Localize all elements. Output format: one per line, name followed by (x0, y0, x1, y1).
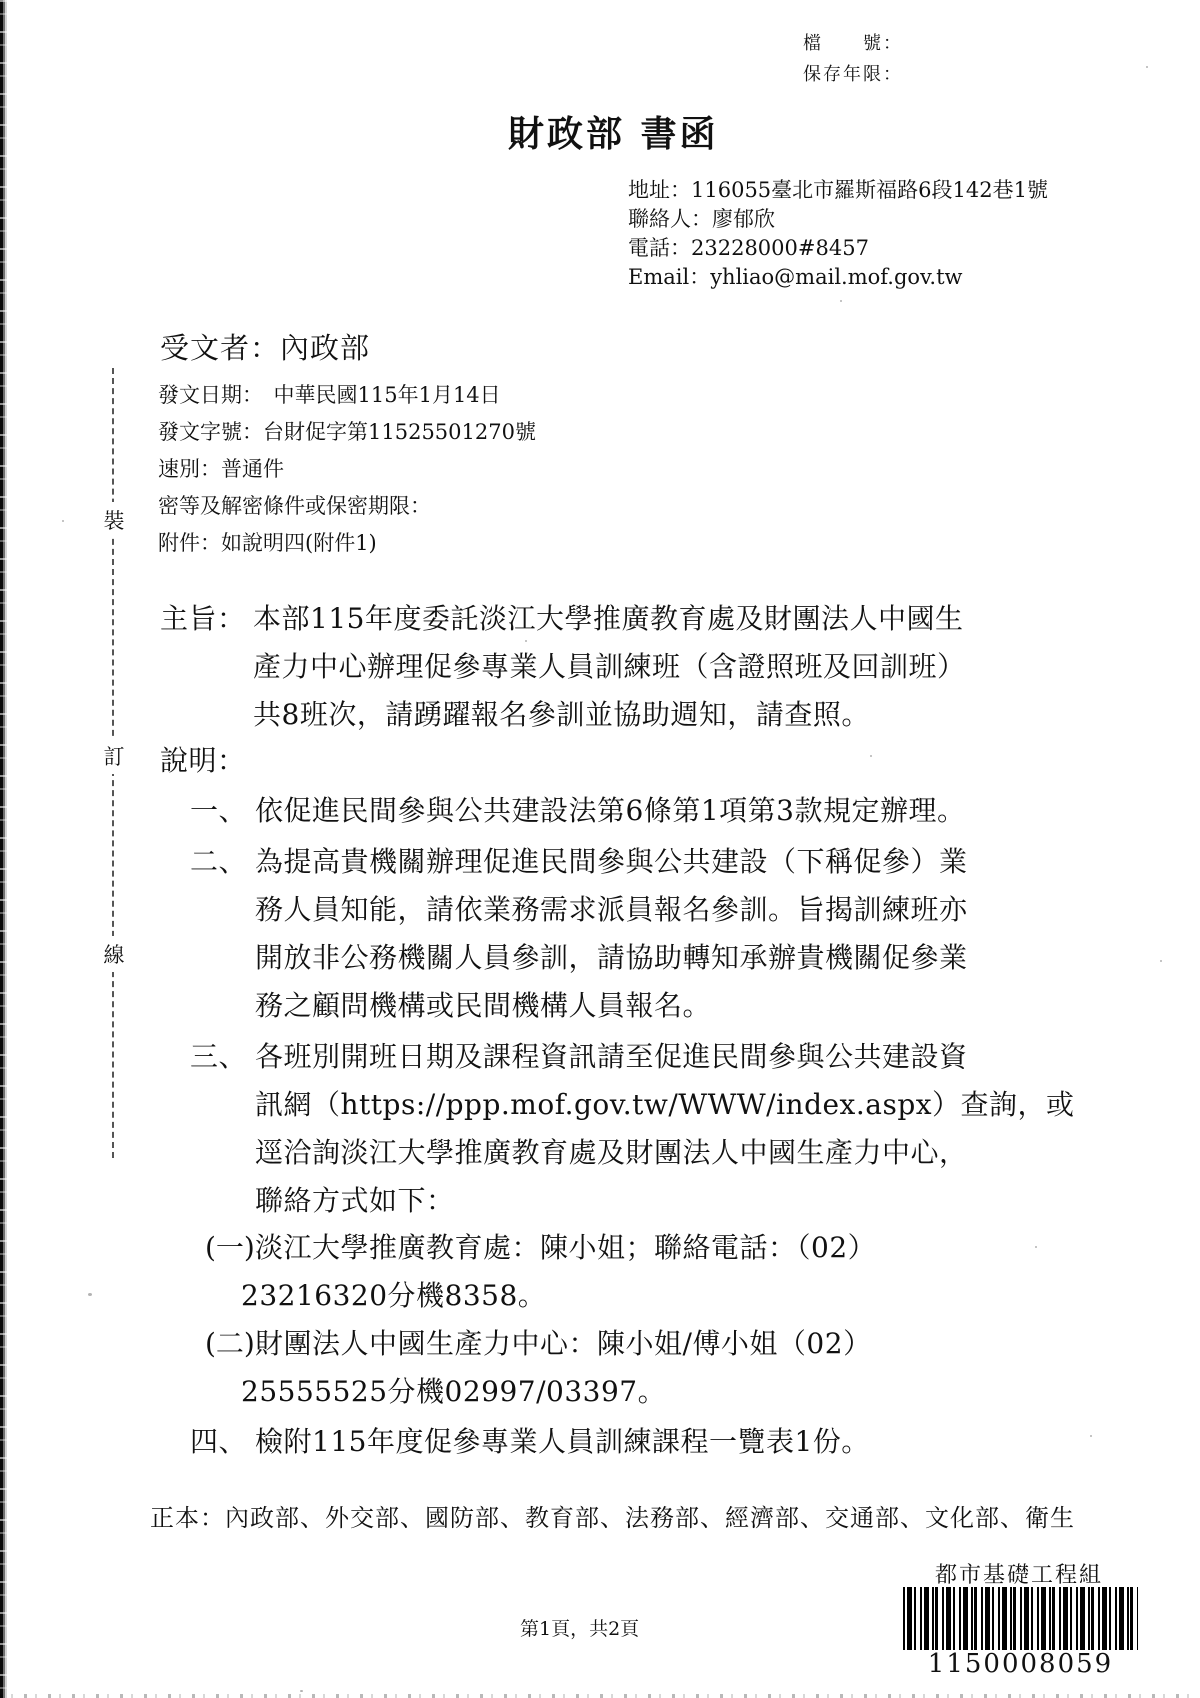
subject-text: 本部115年度委託淡江大學推廣教育處及財團法人中國生 (253, 602, 963, 635)
scan-edge-artifact-bottom (0, 1694, 1200, 1698)
document-meta-block: 發文日期： 中華民國115年1月14日 發文字號：台財促字第1152550127… (158, 377, 536, 562)
file-number-block: 檔 號： 保存年限： (803, 28, 903, 90)
copy-recipients-line: 正本：內政部、外交部、國防部、教育部、法務部、經濟部、交通部、文化部、衛生 (150, 1498, 1150, 1533)
item-line: 二、為提高貴機關辦理促進民間參與公共建設（下稱促參）業 (190, 838, 1090, 886)
item-number: (二) (205, 1320, 255, 1368)
item-line: 四、檢附115年度促參專業人員訓練課程一覽表1份。 (190, 1418, 1090, 1466)
barcode (903, 1587, 1138, 1650)
issue-date: 發文日期： 中華民國115年1月14日 (158, 377, 536, 414)
subject-label: 主旨： (160, 595, 253, 643)
subject-line: 主旨：本部115年度委託淡江大學推廣教育處及財團法人中國生 (160, 595, 1060, 643)
explanation-heading: 說明： (160, 737, 1060, 785)
priority-level: 速別：普通件 (158, 451, 536, 488)
explanation-subitem-2: (二)財團法人中國生產力中心：陳小姐/傅小姐（02） 25555525分機029… (205, 1320, 1105, 1416)
sender-address: 地址：116055臺北市羅斯福路6段142巷1號 (628, 176, 1048, 205)
scan-speck (870, 755, 872, 757)
scan-speck (840, 300, 842, 302)
sender-info-block: 地址：116055臺北市羅斯福路6段142巷1號 聯絡人：廖郁欣 電話：2322… (628, 176, 1048, 292)
barcode-number: 1150008059 (903, 1649, 1138, 1679)
binding-mark-ding: 訂 (101, 738, 127, 774)
item-text: 依促進民間參與公共建設法第6條第1項第3款規定辦理。 (255, 794, 965, 827)
recipient-line: 受文者：內政部 (160, 326, 370, 367)
item-line: (二)財團法人中國生產力中心：陳小姐/傅小姐（02） (205, 1320, 1105, 1368)
item-number: 四、 (190, 1418, 255, 1466)
issue-number: 發文字號：台財促字第11525501270號 (158, 414, 536, 451)
item-text: 淡江大學推廣教育處：陳小姐；聯絡電話：（02） (255, 1231, 876, 1264)
subject-paragraph: 主旨：本部115年度委託淡江大學推廣教育處及財團法人中國生 產力中心辦理促參專業… (160, 595, 1060, 739)
scan-speck (1090, 1435, 1092, 1437)
explanation-item-2: 二、為提高貴機關辦理促進民間參與公共建設（下稱促參）業 務人員知能，請依業務需求… (190, 838, 1090, 1030)
subject-line: 共8班次，請踴躍報名參訓並協助週知，請查照。 (253, 691, 1060, 739)
item-line: 務人員知能，請依業務需求派員報名參訓。旨揭訓練班亦 (255, 886, 1090, 934)
item-line: (一)淡江大學推廣教育處：陳小姐；聯絡電話：（02） (205, 1224, 1105, 1272)
sender-email: Email：yhliao@mail.mof.gov.tw (628, 263, 1048, 292)
sender-phone: 電話：23228000#8457 (628, 234, 1048, 263)
scan-speck (1160, 960, 1162, 962)
sender-contact-person: 聯絡人：廖郁欣 (628, 205, 1048, 234)
item-number: 三、 (190, 1033, 255, 1081)
item-line: 三、各班別開班日期及課程資訊請至促進民間參與公共建設資 (190, 1033, 1090, 1081)
item-line: 23216320分機8358。 (241, 1272, 1105, 1320)
scan-speck (525, 640, 527, 642)
item-line: 一、依促進民間參與公共建設法第6條第1項第3款規定辦理。 (190, 787, 1090, 835)
item-text: 檢附115年度促參專業人員訓練課程一覽表1份。 (255, 1425, 870, 1458)
item-line: 25555525分機02997/03397。 (241, 1368, 1105, 1416)
item-line: 聯絡方式如下： (255, 1177, 1090, 1225)
scan-speck (300, 1690, 303, 1692)
attachment-note: 附件：如說明四(附件1) (158, 525, 536, 562)
department-stamp: 都市基礎工程組 (935, 1558, 1103, 1589)
item-line: 開放非公務機關人員參訓，請協助轉知承辦貴機關促參業 (255, 934, 1090, 982)
explanation-subitem-1: (一)淡江大學推廣教育處：陳小姐；聯絡電話：（02） 23216320分機835… (205, 1224, 1105, 1320)
item-number: 二、 (190, 838, 255, 886)
item-line: 訊網（https://ppp.mof.gov.tw/WWW/index.aspx… (255, 1081, 1090, 1129)
scan-speck (88, 1293, 92, 1296)
item-line: 務之顧問機構或民間機構人員報名。 (255, 982, 1090, 1030)
scan-speck (1035, 1246, 1037, 1248)
item-text: 為提高貴機關辦理促進民間參與公共建設（下稱促參）業 (255, 845, 968, 878)
explanation-item-4: 四、檢附115年度促參專業人員訓練課程一覽表1份。 (190, 1418, 1090, 1466)
file-number-label: 檔 號： (803, 28, 903, 59)
retention-period-label: 保存年限： (803, 59, 903, 90)
item-number: 一、 (190, 787, 255, 835)
subject-line: 產力中心辦理促參專業人員訓練班（含證照班及回訓班） (253, 643, 1060, 691)
explanation-item-1: 一、依促進民間參與公共建設法第6條第1項第3款規定辦理。 (190, 787, 1090, 835)
scan-speck (62, 520, 64, 522)
scan-speck (1146, 66, 1148, 68)
binding-mark-zhuang: 裝 (101, 502, 127, 538)
security-classification: 密等及解密條件或保密期限： (158, 488, 536, 525)
item-number: (一) (205, 1224, 255, 1272)
explanation-item-3: 三、各班別開班日期及課程資訊請至促進民間參與公共建設資 訊網（https://p… (190, 1033, 1090, 1225)
scan-edge-artifact-left (0, 0, 9, 1698)
scanned-official-letter: 檔 號： 保存年限： 財政部 書函 地址：116055臺北市羅斯福路6段142巷… (0, 0, 1200, 1698)
item-text: 財團法人中國生產力中心：陳小姐/傅小姐（02） (255, 1327, 872, 1360)
binding-mark-xian: 線 (101, 936, 127, 972)
page-indicator: 第1頁，共2頁 (520, 1614, 639, 1641)
item-text: 各班別開班日期及課程資訊請至促進民間參與公共建設資 (255, 1040, 968, 1073)
item-line: 逕洽詢淡江大學推廣教育處及財團法人中國生產力中心， (255, 1129, 1090, 1177)
document-title: 財政部 書函 (508, 106, 719, 157)
